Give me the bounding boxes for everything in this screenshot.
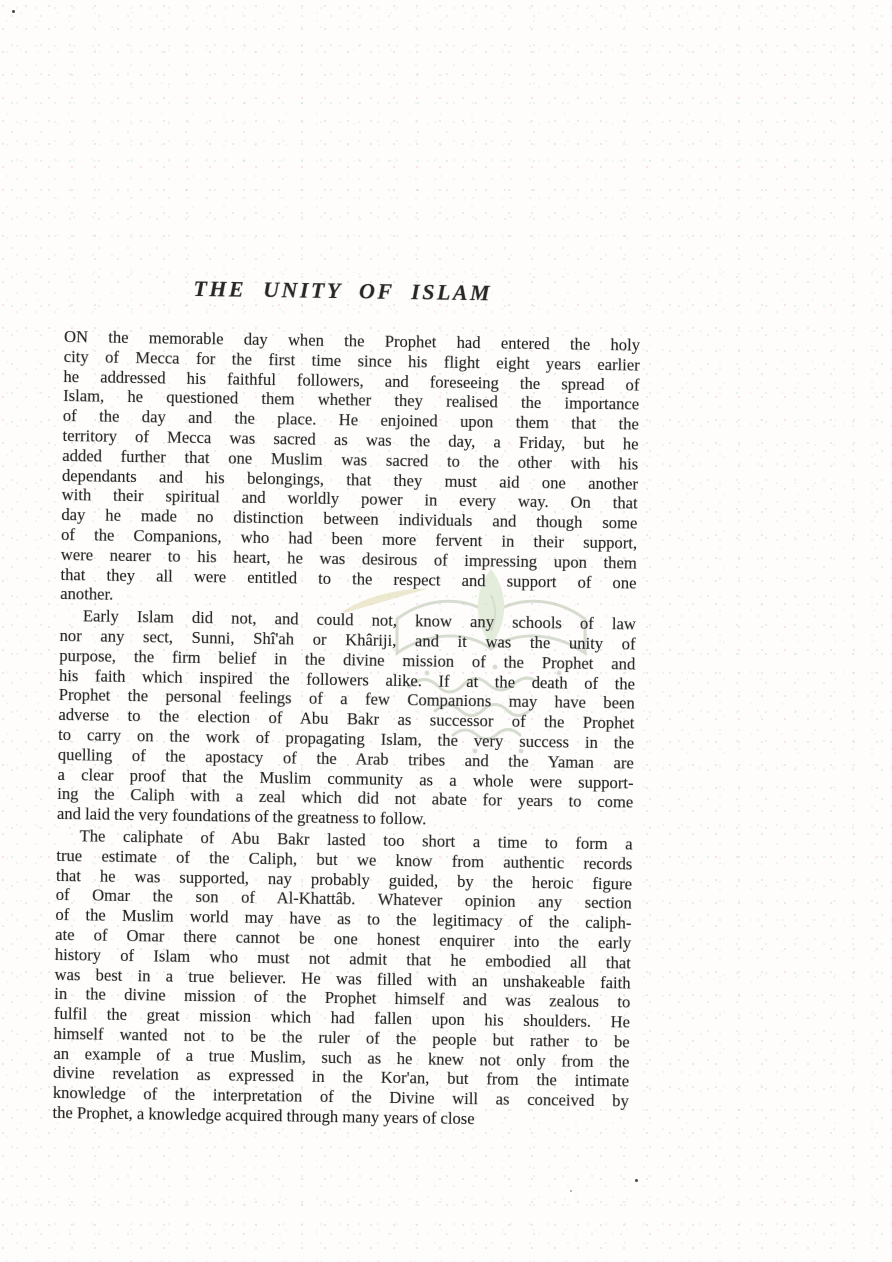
scan-artifact-dot [570, 1190, 572, 1192]
text-column: THE UNITY OF ISLAM ON the memorable day … [52, 274, 641, 1131]
paragraph: Early Islam did not, and could not, know… [57, 606, 636, 832]
paragraphs: ON the memorable day when the Prophet ha… [52, 327, 640, 1131]
paragraph: The caliphate of Abu Bakr lasted too sho… [52, 826, 632, 1131]
scanned-book-page: THE UNITY OF ISLAM ON the memorable day … [0, 2, 892, 1262]
paragraph: ON the memorable day when the Prophet ha… [60, 327, 640, 613]
scan-artifact-dot [635, 1179, 638, 1182]
page-title: THE UNITY OF ISLAM [75, 274, 611, 308]
scan-artifact-dot [12, 10, 15, 13]
